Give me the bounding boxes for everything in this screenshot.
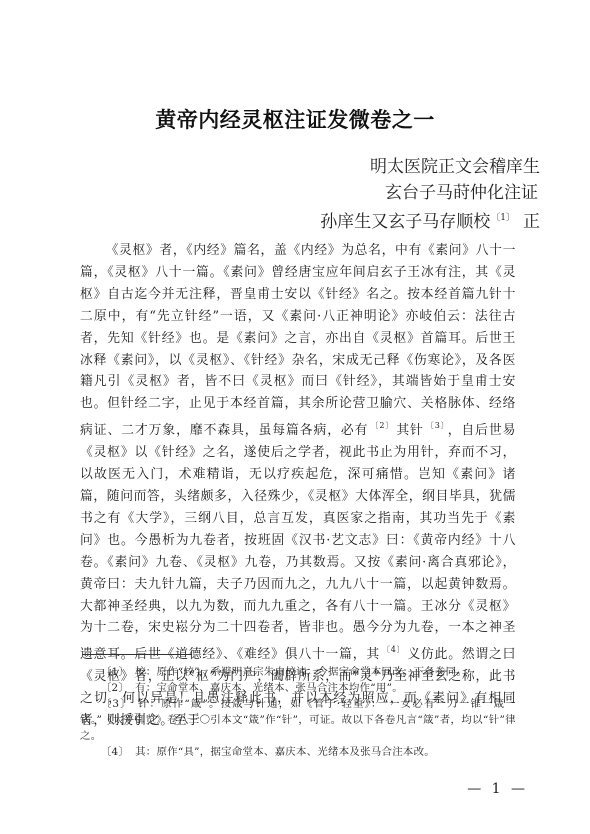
author-line-2-text: 玄台子马莳仲化注证 <box>385 183 538 203</box>
footnote-mark: 〔2〕 <box>101 682 129 694</box>
author-line-1-text: 明太医院正文会稽庠生 <box>370 157 540 177</box>
body-text-segment: 其针 <box>396 423 423 438</box>
body-text: 《灵枢》者，《内经》篇名，盖《内经》为总名，中有《素问》八十一篇，《灵枢》八十一… <box>80 240 516 732</box>
footnote-text: 有：宝命堂本、嘉庆本、光绪本、张马合注本均作“用”。 <box>135 682 403 694</box>
footnote-3: 〔3〕针：原作“箴”。按箴与针通，如《管子·轻重》：“一女必有一刀一锥一箴一𫓧。… <box>80 696 516 744</box>
footnote-mark: 〔4〕 <box>101 746 129 758</box>
footnote-1: 〔1〕校：原作“较”，系避明熹宗朱由校讳，今据宝命堂本回改。下各卷同。 <box>80 664 516 680</box>
author-line-3-text: 孙庠生又玄子马存顺校 <box>320 212 490 232</box>
footnote-mark: 〔1〕 <box>101 666 129 678</box>
author-line-2: 玄台子马莳仲化注证 <box>320 181 538 207</box>
footnote-ref-3[interactable]: 〔3〕 <box>426 421 446 430</box>
page-number: — 1 — <box>467 781 528 797</box>
footnote-text: 其：原作“具”，据宝命堂本、嘉庆本、光绪本及张马合注本改。 <box>135 746 435 758</box>
footnote-text: 针：原作“箴”。按箴与针通，如《管子·轻重》：“一女必有一刀一锥一箴一𫓧。”《太… <box>80 698 516 742</box>
footnote-text: 校：原作“较”，系避明熹宗朱由校讳，今据宝命堂本回改。下各卷同。 <box>135 666 467 678</box>
body-text-segment: ，自后世易《灵枢》以《针经》之名，遂使后之学者，视此书止为用针，弃而不习，以故医… <box>80 423 516 662</box>
footnote-ref-2[interactable]: 〔2〕 <box>370 421 394 430</box>
footnotes: 〔1〕校：原作“较”，系避明熹宗朱由校讳，今据宝命堂本回改。下各卷同。 〔2〕有… <box>80 664 516 760</box>
author-line-1: 明太医院正文会稽庠生 <box>320 155 540 181</box>
footnote-2: 〔2〕有：宝命堂本、嘉庆本、光绪本、张马合注本均作“用”。 <box>80 680 516 696</box>
footnote-ref-1[interactable]: 〔1〕 <box>491 213 515 223</box>
footnote-4: 〔4〕其：原作“具”，据宝命堂本、嘉庆本、光绪本及张马合注本改。 <box>80 744 516 760</box>
author-line-3-suffix: 正 <box>523 212 540 232</box>
footnote-ref-4[interactable]: 〔4〕 <box>382 645 406 654</box>
author-block: 明太医院正文会稽庠生 玄台子马莳仲化注证 孙庠生又玄子马存顺校〔1〕正 <box>320 155 540 236</box>
chapter-title: 黄帝内经灵枢注证发微卷之一 <box>0 104 590 134</box>
body-text-segment: 《灵枢》者，《内经》篇名，盖《内经》为总名，中有《素问》八十一篇，《灵枢》八十一… <box>80 243 516 438</box>
paragraph: 《灵枢》者，《内经》篇名，盖《内经》为总名，中有《素问》八十一篇，《灵枢》八十一… <box>80 240 516 732</box>
footnote-divider <box>82 654 192 655</box>
author-line-3: 孙庠生又玄子马存顺校〔1〕正 <box>320 206 540 236</box>
footnote-mark: 〔3〕 <box>101 698 132 710</box>
